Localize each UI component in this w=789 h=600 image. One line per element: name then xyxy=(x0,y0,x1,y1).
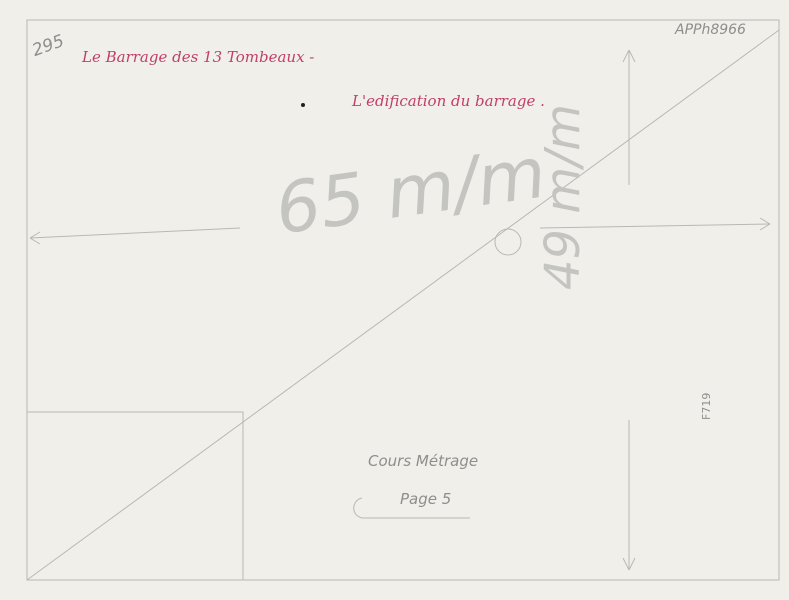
side-code: F719 xyxy=(700,393,713,420)
inventory-code: APPh8966 xyxy=(675,22,746,38)
bottom-note-line2: Page 5 xyxy=(400,490,451,508)
height-dimension: 49 m/m xyxy=(535,104,591,290)
subtitle-text: L'edification du barrage . xyxy=(352,92,545,110)
title-text: Le Barrage des 13 Tombeaux - xyxy=(82,48,314,66)
document-sheet: 295 Le Barrage des 13 Tombeaux - L'edifi… xyxy=(0,0,789,600)
pencil-guides xyxy=(0,0,789,600)
ink-dot xyxy=(301,103,305,107)
bottom-note-line1: Cours Métrage xyxy=(368,452,478,470)
